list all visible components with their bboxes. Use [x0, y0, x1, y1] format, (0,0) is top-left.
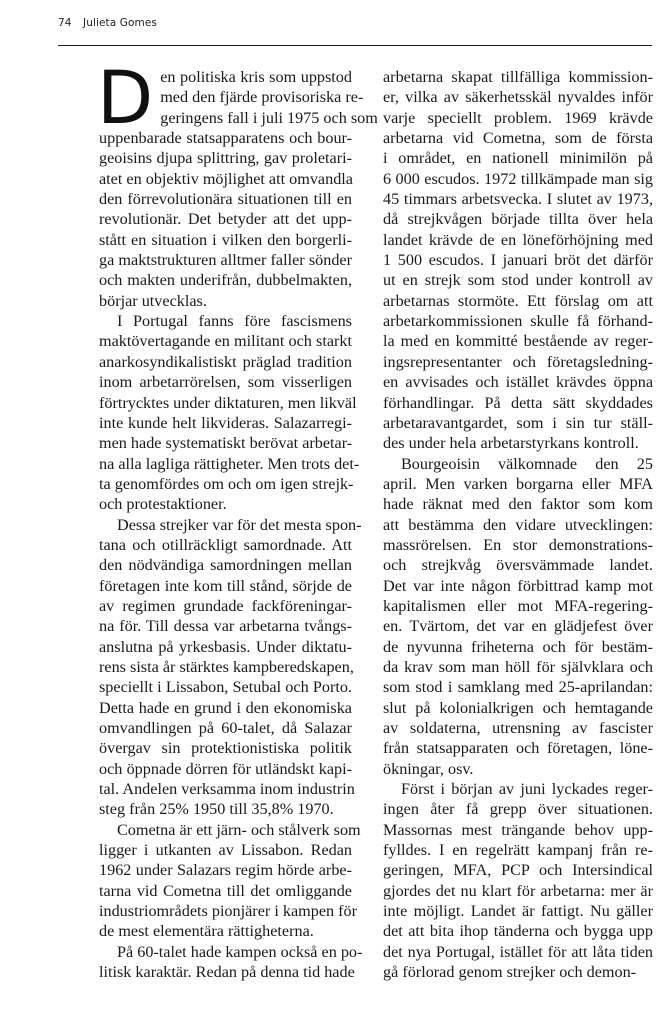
text-line: arbetarna vid Cometna, som de första: [383, 128, 653, 148]
text-line: ga maktstrukturen alltmer faller sönder: [99, 250, 352, 270]
text-line: rens sista år stärktes kampberedskapen,: [99, 657, 352, 677]
text-line: revolutionär. Det betyder att det upp-: [99, 209, 352, 229]
running-head: 74 Julieta Gomes: [58, 17, 157, 29]
text-line: Cometna är ett järn- och stålverk som: [99, 820, 352, 840]
text-line: I Portugal fanns före fascismens: [99, 311, 352, 331]
text-line: na alla lagliga rättigheter. Men trots d…: [99, 454, 352, 474]
text-line: och öppnade dörren för utländskt kapi-: [99, 759, 352, 779]
text-line: från statsapparaten och företagen, löne-: [383, 738, 653, 758]
text-line: ingen åter få grepp över situationen.: [383, 799, 653, 819]
text-line: Massornas mest trängande behov upp-: [383, 820, 653, 840]
text-line: 6 000 escudos. 1972 tillkämpade man sig: [383, 169, 653, 189]
left-column: D en politiska kris som uppstodmed den f…: [99, 67, 352, 982]
text-line: av soldaterna, utrensning av fascister: [383, 718, 653, 738]
author-name: Julieta Gomes: [83, 17, 157, 29]
text-line: Dessa strejker var för det mesta spon-: [99, 515, 352, 535]
text-line: kapitalismen eller mot MFA-regering-: [383, 596, 653, 616]
text-line: arbetarkommissionen skulle få förhand-: [383, 311, 653, 331]
text-line: och protestaktioner.: [99, 494, 352, 514]
text-line: inte möjligt. Landet är fattigt. Nu gäll…: [383, 901, 653, 921]
text-line: övergav sin protektionistiska politik: [99, 738, 352, 758]
text-line: Bourgeoisin välkomnade den 25: [383, 454, 653, 474]
text-line: i området, en nationell minimilön på: [383, 148, 653, 168]
text-line: slut på kolonialkrigen och hemtagande: [383, 698, 653, 718]
text-line: da krav som man höll för självklara och: [383, 657, 653, 677]
text-line: den nödvändiga samordningen mellan: [99, 555, 352, 575]
text-line: som stod i samklang med 25-aprilandan:: [383, 677, 653, 697]
text-line: la med en kommitté bestående av reger-: [383, 331, 653, 351]
text-line: Detta hade en grund i den ekonomiska: [99, 698, 352, 718]
text-line: ta genomfördes om och om igen strejk-: [99, 474, 352, 494]
text-line: massrörelsen. En stor demonstrations-: [383, 535, 653, 555]
text-line: omvandlingen på 60-talet, då Salazar: [99, 718, 352, 738]
text-line: uppenbarade statsapparatens och bour-: [99, 128, 352, 148]
drop-cap: D: [97, 70, 153, 128]
text-line: 1 500 escudos. I januari bröt det därför: [383, 250, 653, 270]
text-line: förtrycktes under diktaturen, men likväl: [99, 393, 352, 413]
text-line: tal. Andelen verksamma inom industrin: [99, 779, 352, 799]
text-line: och strejkvåg översvämmade landet.: [383, 555, 653, 575]
header-rule: [58, 45, 652, 46]
text-line: des under hela arbetarstyrkans kontroll.: [383, 433, 653, 453]
text-line: landet krävde de en löneförhöjning med: [383, 230, 653, 250]
text-line: inom arbetarrörelsen, som visserligen: [99, 372, 352, 392]
text-line: tana och otillräckligt samordnade. Att: [99, 535, 352, 555]
text-line: men hade systematiskt berövat arbetar-: [99, 433, 352, 453]
text-line: ligger i utkanten av Lissabon. Redan: [99, 840, 352, 860]
text-line: steg från 25% 1950 till 35,8% 1970.: [99, 799, 352, 819]
text-line: speciellt i Lissabon, Setubal och Porto.: [99, 677, 352, 697]
text-line: Först i början av juni lyckades reger-: [383, 779, 653, 799]
text-line: det att bita ihop tänderna och bygga upp: [383, 921, 653, 941]
text-line: att bestämma den vidare utvecklingen:: [383, 515, 653, 535]
text-line: arbetarnas stormöte. Ett förslag om att: [383, 291, 653, 311]
text-line: gjordes det nu klart för arbetarna: mer …: [383, 881, 653, 901]
text-line: tarna vid Cometna till det omliggande: [99, 881, 352, 901]
text-line: inte kunde helt likvideras. Salazarregi-: [99, 413, 352, 433]
text-line: er, vilka av säkerhetsskäl nyvaldes infö…: [383, 87, 653, 107]
text-line: förhandlingar. På detta sätt skyddades: [383, 393, 653, 413]
text-line: industriområdets pionjärer i kampen för: [99, 901, 352, 921]
text-line: de nyvunna friheterna och för bestäm-: [383, 637, 653, 657]
text-line: företagen inte kom till stånd, sörjde de: [99, 576, 352, 596]
text-line: geringen, MFA, PCP och Intersindical: [383, 860, 653, 880]
text-line: den förrevolutionära situationen till en: [99, 189, 352, 209]
text-line: fylldes. I en regelrätt kampanj från re-: [383, 840, 653, 860]
text-line: en. Tvärtom, det var en glädjefest över: [383, 616, 653, 636]
text-line: anslutna på yrkesbasis. Under diktatu-: [99, 637, 352, 657]
text-line: och makten underifrån, dubbelmakten,: [99, 270, 352, 290]
text-line: anarkosyndikalistiskt präglad tradition: [99, 352, 352, 372]
text-line: na för. Till dessa var arbetarna tvångs-: [99, 616, 352, 636]
text-line: litisk karaktär. Redan på denna tid hade: [99, 962, 352, 982]
text-line: då strejkvågen började tillta över hela: [383, 209, 653, 229]
text-line: arbetaravantgardet, som i sin tur ställ-: [383, 413, 653, 433]
text-line: ökningar, osv.: [383, 759, 653, 779]
text-line: ut en strejk som stod under kontroll av: [383, 270, 653, 290]
text-line: arbetarna skapat tillfälliga kommission-: [383, 67, 653, 87]
text-line: det nya Portugal, istället för att låta …: [383, 942, 653, 962]
text-line: av regimen grundade fackföreningar-: [99, 596, 352, 616]
text-line: Det var inte någon förbittrad kamp mot: [383, 576, 653, 596]
text-line: en avvisades och istället krävdes öppna: [383, 372, 653, 392]
text-line: gå förlorad genom strejker och demon-: [383, 962, 653, 982]
text-line: 1962 under Salazars regim hörde arbe-: [99, 860, 352, 880]
text-line: På 60-talet hade kampen också en po-: [99, 942, 352, 962]
text-line: 45 timmars arbetsvecka. I slutet av 1973…: [383, 189, 653, 209]
right-column: arbetarna skapat tillfälliga kommission-…: [383, 67, 653, 982]
text-line: geoisins djupa splittring, gav proletari…: [99, 148, 352, 168]
text-line: atet en objektiv möjlighet att omvandla: [99, 169, 352, 189]
page-number: 74: [58, 17, 72, 29]
text-line: varje speciellt problem. 1969 krävde: [383, 108, 653, 128]
text-line: hade räknat med den faktor som kom: [383, 494, 653, 514]
text-line: börjar utvecklas.: [99, 291, 352, 311]
text-line: ingsrepresentanter och företagsledning-: [383, 352, 653, 372]
text-line: maktövertagande en militant och starkt: [99, 331, 352, 351]
text-line: april. Men varken borgarna eller MFA: [383, 474, 653, 494]
text-line: stått en situation i vilken den borgerli…: [99, 230, 352, 250]
text-line: de mest elementära rättigheterna.: [99, 921, 352, 941]
